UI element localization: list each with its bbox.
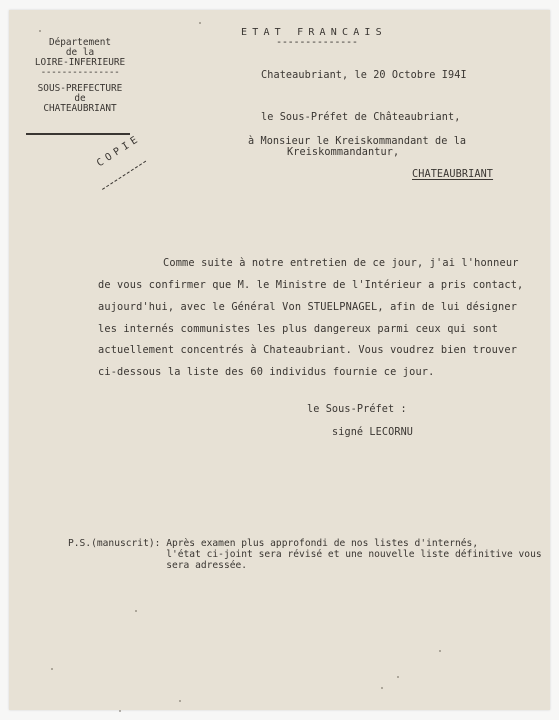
paper-speck	[397, 676, 399, 678]
paper-speck	[381, 687, 383, 689]
postscript-line: P.S.(manuscrit): Après examen plus appro…	[68, 538, 478, 549]
header-rule	[26, 133, 130, 135]
body-line: les internés communistes les plus danger…	[98, 323, 498, 335]
paper-speck	[179, 700, 181, 702]
paper-speck	[119, 710, 121, 712]
body-line: aujourd'hui, avec le Général Von STUELPN…	[98, 301, 517, 313]
state-heading-rule: --------------	[276, 37, 358, 48]
header-separator: ---------------	[26, 68, 134, 78]
body-line: ci-dessous la liste des 60 individus fou…	[98, 366, 435, 378]
recipient-city: CHATEAUBRIANT	[412, 169, 493, 180]
sender-line: le Sous-Préfet de Châteaubriant,	[261, 112, 460, 123]
signature-title: le Sous-Préfet :	[307, 404, 407, 415]
body-line: actuellement concentrés à Chateaubriant.…	[98, 344, 517, 356]
postscript-line: l'état ci-joint sera révisé et une nouve…	[68, 549, 542, 560]
sender-administration-block: Département de la LOIRE-INFERIEURE -----…	[26, 38, 134, 114]
paper-speck	[439, 650, 441, 652]
recipient-line-1: à Monsieur le Kreiskommandant de la	[248, 136, 466, 147]
postscript-line: sera adressée.	[68, 560, 247, 571]
paper-speck	[135, 610, 137, 612]
recipient-line-2: Kreiskommandantur,	[287, 147, 399, 158]
signature-name: signé LECORNU	[332, 427, 413, 438]
paper-speck	[51, 668, 53, 670]
office-name: CHATEAUBRIANT	[26, 104, 134, 114]
body-line: Comme suite à notre entretien de ce jour…	[163, 257, 519, 269]
paper-speck	[199, 22, 201, 24]
paper-speck	[39, 30, 41, 32]
place-date: Chateaubriant, le 20 Octobre I94I	[261, 70, 467, 81]
body-line: de vous confirmer que M. le Ministre de …	[98, 279, 523, 291]
